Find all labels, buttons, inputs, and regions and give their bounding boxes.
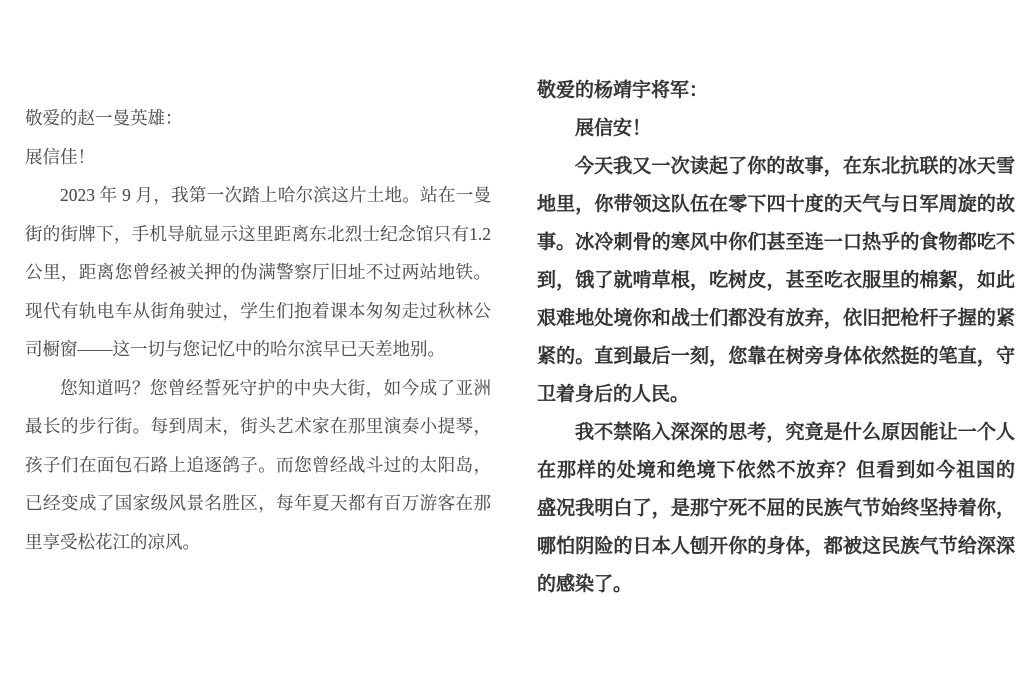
letter-line: 现代有轨电车从街角驶过，学生们抱着课本匆匆走过秋林公 bbox=[25, 292, 491, 331]
letter-line: 司橱窗——这一切与您记忆中的哈尔滨早已天差地别。 bbox=[25, 330, 491, 369]
letter-line: 您知道吗？您曾经誓死守护的中央大街，如今成了亚洲 bbox=[25, 369, 491, 408]
letter-right-page: 敬爱的杨靖宇将军： 展信安！ 今天我又一次读起了你的故事，在东北抗联的冰天雪 地… bbox=[537, 72, 1015, 604]
letter-line: 我不禁陷入深深的思考，究竟是什么原因能让一个人 bbox=[537, 414, 1015, 452]
letter-line: 今天我又一次读起了你的故事，在东北抗联的冰天雪 bbox=[537, 148, 1015, 186]
letter-line: 事。冰冷刺骨的寒风中你们甚至连一口热乎的食物都吃不 bbox=[537, 224, 1015, 262]
letter-left-page: 敬爱的赵一曼英雄： 展信佳！ 2023 年 9 月，我第一次踏上哈尔滨这片土地。… bbox=[25, 99, 491, 561]
letter-line: 地里，你带领这队伍在零下四十度的天气与日军周旋的故 bbox=[537, 186, 1015, 224]
letter-line: 里享受松花江的凉风。 bbox=[25, 523, 491, 562]
salutation-line: 敬爱的赵一曼英雄： bbox=[25, 99, 491, 138]
letter-line: 艰难地处境你和战士们都没有放弃，依旧把枪杆子握的紧 bbox=[537, 300, 1015, 338]
letter-line: 的感染了。 bbox=[537, 566, 1015, 604]
letter-line: 2023 年 9 月，我第一次踏上哈尔滨这片土地。站在一曼 bbox=[25, 176, 491, 215]
opening-line: 展信安！ bbox=[537, 110, 1015, 148]
opening-line: 展信佳！ bbox=[25, 138, 491, 177]
letter-line: 紧的。直到最后一刻，您靠在树旁身体依然挺的笔直，守 bbox=[537, 338, 1015, 376]
letter-line: 街的街牌下，手机导航显示这里距离东北烈士纪念馆只有1.2 bbox=[25, 215, 491, 254]
letter-line: 公里，距离您曾经被关押的伪满警察厅旧址不过两站地铁。 bbox=[25, 253, 491, 292]
document-canvas: 敬爱的赵一曼英雄： 展信佳！ 2023 年 9 月，我第一次踏上哈尔滨这片土地。… bbox=[0, 0, 1024, 682]
letter-line: 在那样的处境和绝境下依然不放弃？但看到如今祖国的 bbox=[537, 452, 1015, 490]
letter-line: 到，饿了就啃草根，吃树皮，甚至吃衣服里的棉絮，如此 bbox=[537, 262, 1015, 300]
letter-line: 卫着身后的人民。 bbox=[537, 376, 1015, 414]
salutation-line: 敬爱的杨靖宇将军： bbox=[537, 72, 1015, 110]
letter-line: 已经变成了国家级风景名胜区，每年夏天都有百万游客在那 bbox=[25, 484, 491, 523]
letter-line: 哪怕阴险的日本人刨开你的身体，都被这民族气节给深深 bbox=[537, 528, 1015, 566]
letter-line: 盛况我明白了，是那宁死不屈的民族气节始终坚持着你， bbox=[537, 490, 1015, 528]
letter-line: 孩子们在面包石路上追逐鸽子。而您曾经战斗过的太阳岛， bbox=[25, 446, 491, 485]
letter-line: 最长的步行街。每到周末，街头艺术家在那里演奏小提琴， bbox=[25, 407, 491, 446]
